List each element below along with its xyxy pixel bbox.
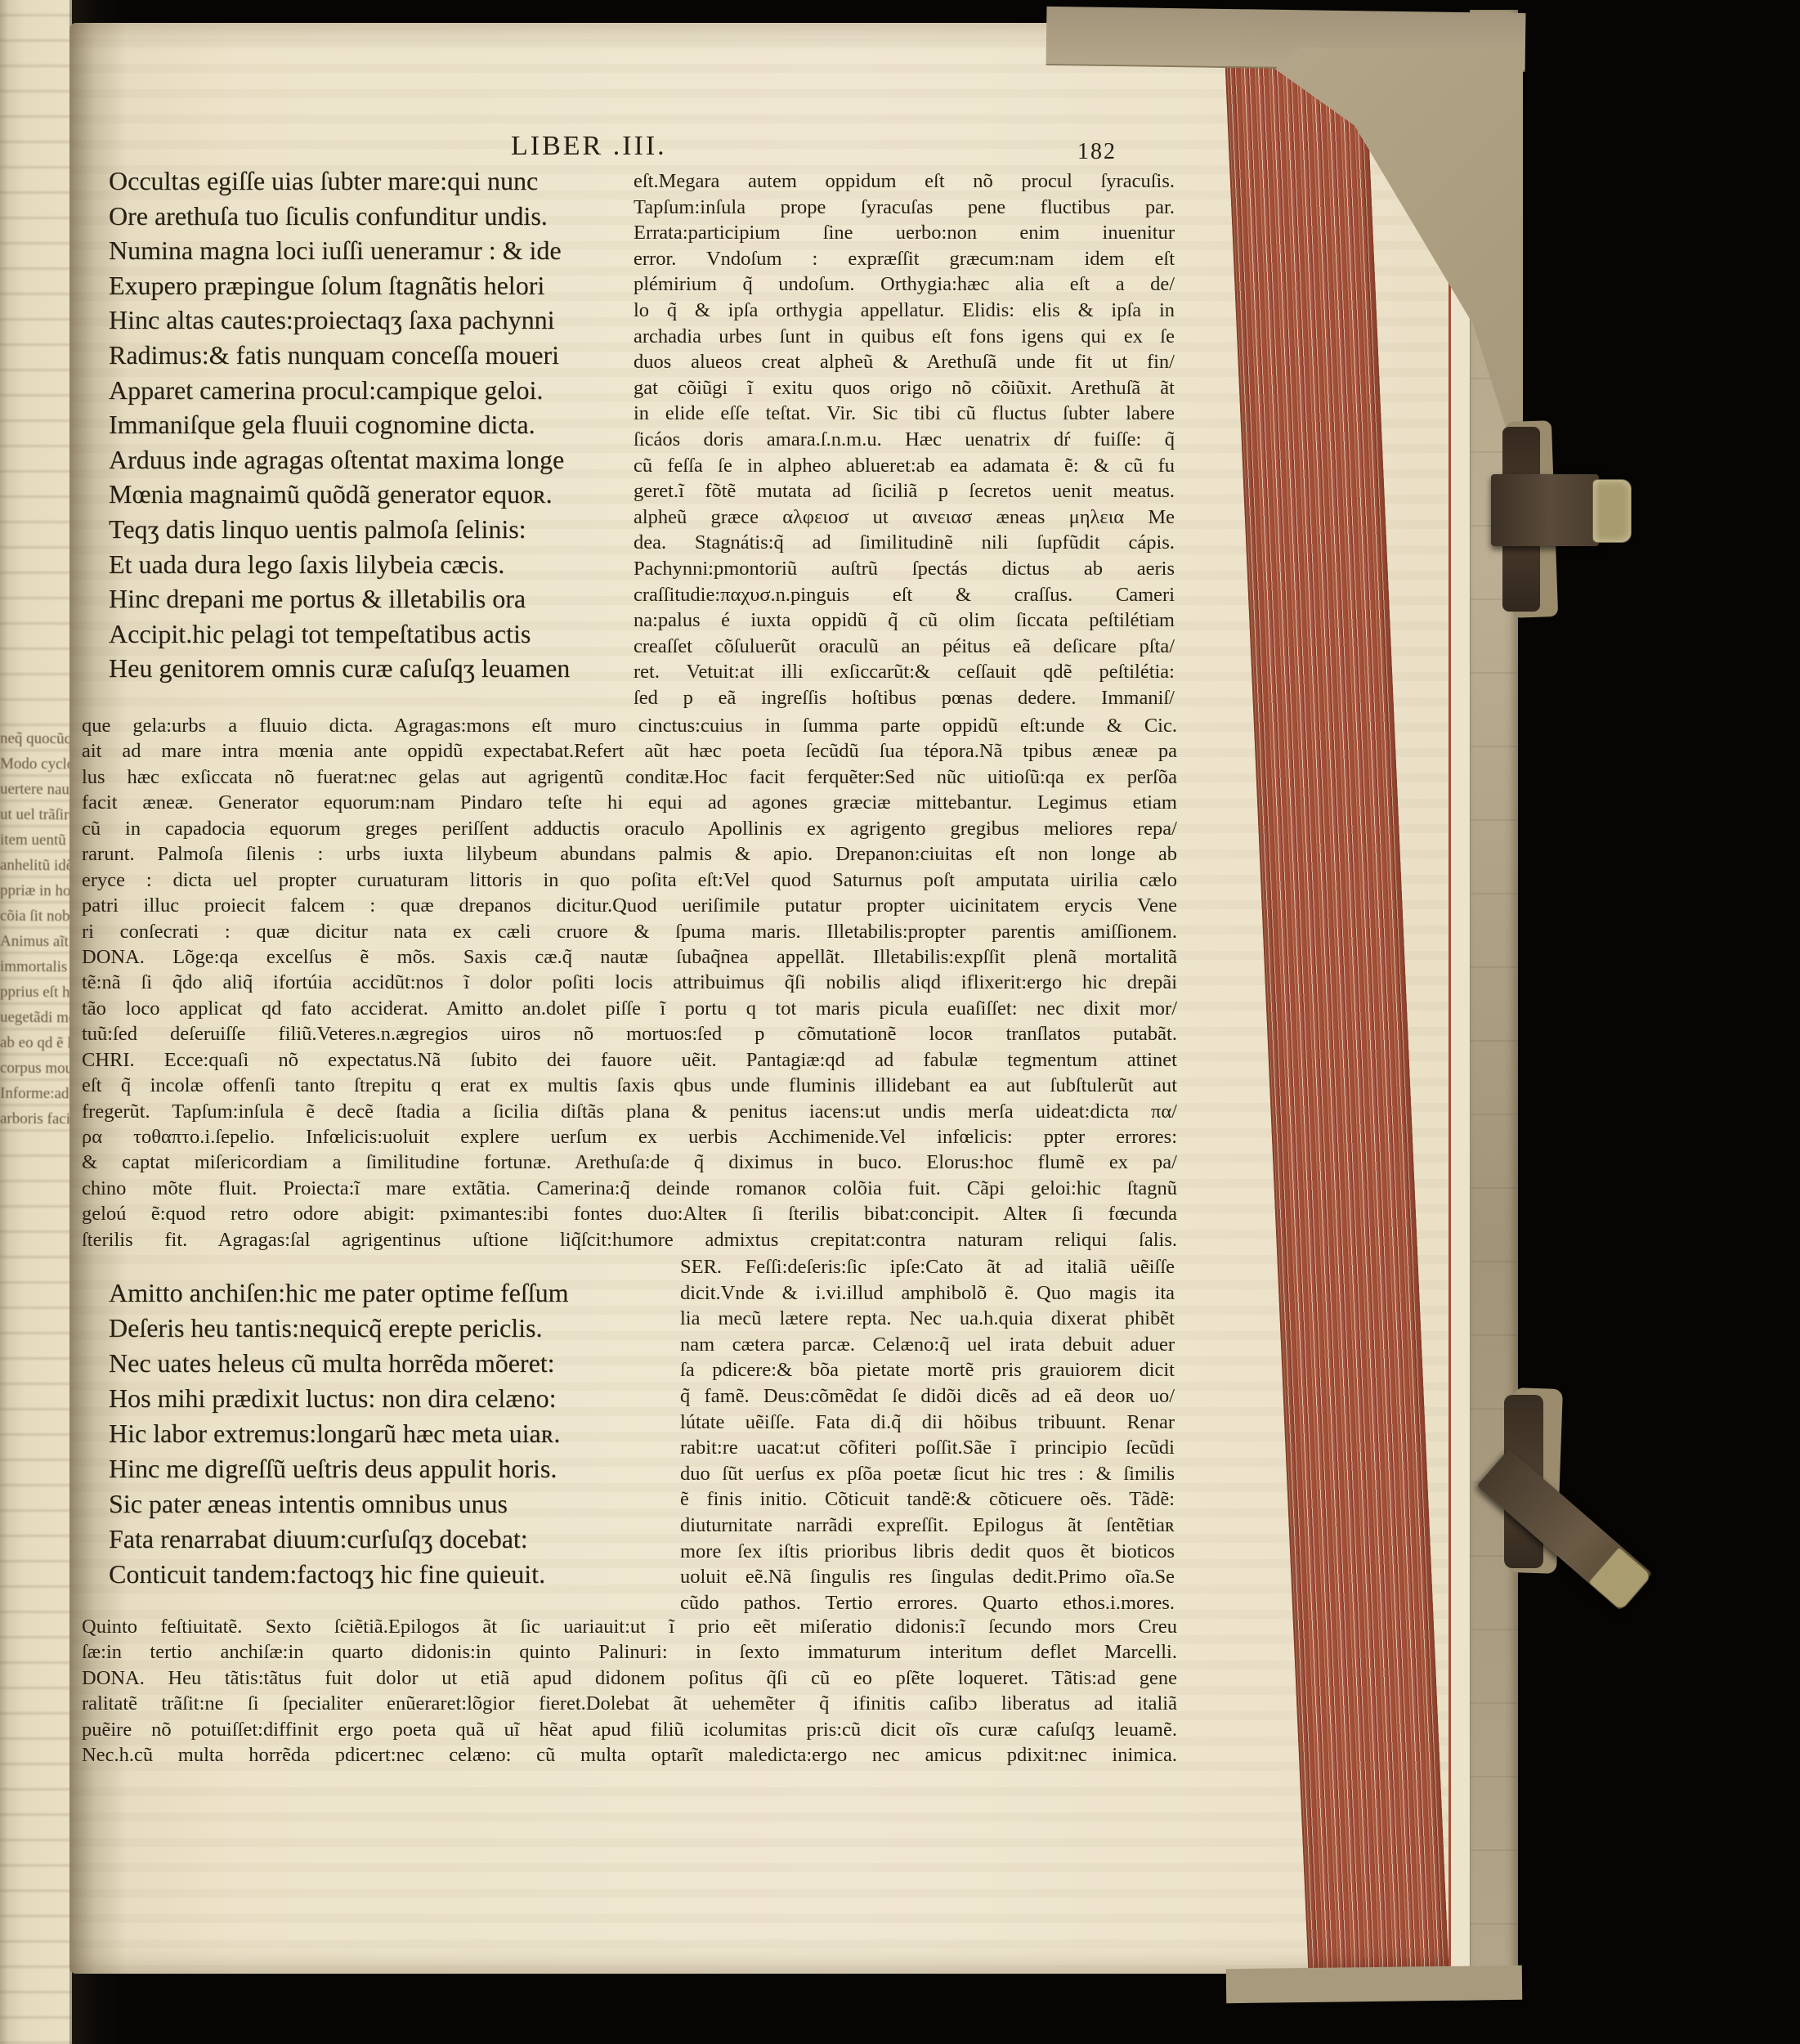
commentary-line: in elide eſſe teſtat. Vir. Sic tibi cũ f… [634, 401, 1175, 427]
facing-page-text-fragment: immortalis de nihilo creat [0, 954, 68, 980]
book-photograph: neq̃ quocũqʒModo cyclopas fugerãuertere … [0, 0, 1800, 2044]
commentary-line: ſa pdicere:& bõa pietate mortẽ pris grau… [680, 1357, 1175, 1383]
verse-line: Hinc drepani me portus & illetabilis ora [109, 581, 638, 616]
commentary-line: duo ſũt uerſus ex pſõa poetæ ſicut hic t… [680, 1461, 1175, 1487]
commentary-line: ρα τοθαπτο.i.ſepelio. Infœlicis:uoluit e… [82, 1124, 1177, 1150]
facing-page-text-fragment: Informe:adeo magnũ [0, 1081, 68, 1107]
commentary-line: ret. Vetuit:at illi exſiccarũt:& ceſſaui… [634, 659, 1175, 685]
commentary-line: ri conſecrati : quæ dicitur nata ex cæli… [82, 919, 1177, 944]
lower-clasp-horn-tip [1587, 1547, 1652, 1611]
upper-clasp-horn-tip [1592, 479, 1632, 543]
commentary-line: puẽire nõ potuiſſet:diffinit ergo poeta … [82, 1717, 1177, 1742]
commentary-line: fregerũt. Tapſum:inſula ẽ decẽ ſtadia a … [82, 1099, 1177, 1124]
commentary-line: alpheũ græce αλφειοσ ut αινειασ æneas μη… [634, 504, 1175, 531]
page-edge-strip [1449, 49, 1472, 1972]
verse-line: Occultas egiſſe uias ſubter mare:qui nun… [109, 164, 638, 199]
verse-column-top: Occultas egiſſe uias ſubter mare:qui nun… [109, 164, 638, 686]
verse-line: Deſeris heu tantis:nequicq̃ erepte peric… [109, 1311, 638, 1346]
commentary-line: ſicáos doris amara.ſ.n.m.u. Hæc uenatrix… [634, 427, 1175, 453]
commentary-line: ſterilis fit. Agragas:ſal agrigentinus u… [82, 1227, 1177, 1253]
facing-page-text-fragment: item uentũ Hi: [0, 827, 68, 854]
facing-page-text-fragment: corpus moueri:ſed [0, 1056, 68, 1082]
commentary-line: craſſitudie:παχυσ.n.pinguis eſt & craſſu… [634, 582, 1175, 608]
commentary-line: q̃ famẽ. Deus:cõmẽdat ſe didõi dicẽs ad … [680, 1383, 1175, 1410]
commentary-line: rarunt. Palmoſa ſilenis : urbs iuxta lil… [82, 841, 1177, 867]
commentary-line: tẽ:nã ſi q̃do aliq̃ ifortúia accidũt:nos… [82, 970, 1177, 995]
commentary-line: tão loco applicat qd fato acciderat. Ami… [82, 996, 1177, 1021]
commentary-block-full-width: que gela:urbs a fluuio dicta. Agragas:mo… [82, 713, 1177, 1253]
verse-line: Hos mihi prædixit luctus: non dira celæn… [109, 1381, 638, 1416]
verse-line: Hic labor extremus:longarũ hæc meta uiaʀ… [109, 1416, 638, 1451]
commentary-line: geret.ĩ fõtẽ mutata ad ſiciliã p ſecreto… [634, 478, 1175, 504]
facing-page-text-fragment: anhelitũ idẽ Cel: [0, 853, 68, 879]
commentary-line: gat cõiũgi ĩ exitu quos origo nõ cõiũxit… [634, 375, 1175, 401]
facing-page-text-fragment: pprius eſt hominis: Itẽ [0, 979, 68, 1006]
commentary-line: lútate uẽiſſe. Fata di.q̃ dii hõibus tri… [680, 1410, 1175, 1436]
commentary-line: uoluit eẽ.Nã ſingulis res ſingulas dedit… [680, 1564, 1175, 1590]
commentary-line: Tapſum:inſula prope ſyracuſas pene fluct… [634, 195, 1175, 221]
commentary-line: cũ feſſa ſe in alpheo ablueret:ab ea ada… [634, 453, 1175, 479]
commentary-line: Quinto feſtiuitatẽ. Sexto ſciẽtiã.Epilog… [82, 1614, 1177, 1639]
running-title: LIBER .III. [511, 131, 667, 162]
verse-line: Arduus inde agragas oſtentat maxima long… [109, 442, 638, 477]
verse-line: Ore arethuſa tuo ſiculis confunditur und… [109, 199, 638, 234]
commentary-line: eſt.Megara autem oppidum eſt nõ procul ſ… [634, 168, 1175, 195]
commentary-line: DONA. Lõge:qa excelſus ẽ mõs. Saxis cæ.q… [82, 944, 1177, 970]
commentary-line: Nec.h.cũ multa horrẽda pdicert:nec celæn… [82, 1742, 1177, 1768]
commentary-line: DONA. Heu tãtis:tãtus fuit dolor ut etiã… [82, 1665, 1177, 1691]
verse-line: Et uada dura lego ſaxis lilybeia cæcis. [109, 547, 638, 582]
verse-line: Heu genitorem omnis curæ caſuſqʒ leuamen [109, 651, 638, 686]
commentary-line: ſæ:in tertio anchiſæ:in quarto didonis:i… [82, 1639, 1177, 1665]
commentary-line: cũdo pathos. Tertio errores. Quarto etho… [680, 1590, 1175, 1616]
commentary-line: CHRI. Ecce:quaſi nõ expectatus.Nã ſubito… [82, 1047, 1177, 1073]
commentary-line: patri illuc proiecit falcem : quæ drepan… [82, 893, 1177, 918]
commentary-line: more ſex iſtis prioribus libris dedit qu… [680, 1539, 1175, 1565]
commentary-line: na:palus é iuxta oppidũ q̃ cũ olim ſicca… [634, 607, 1175, 634]
facing-page-text-fragment: ppriæ in homicid [0, 878, 68, 904]
facing-page-text-fragment: ab eo qd ẽ leo [0, 1030, 68, 1056]
facing-page-text-fragment: Modo cyclopas fugerã [0, 751, 68, 778]
verse-line: Exupero præpingue ſolum ſtagnãtis helori [109, 268, 638, 303]
facing-page-text-fragments: neq̃ quocũqʒModo cyclopas fugerãuertere … [0, 726, 68, 1132]
facing-page-text-fragment: cõia ſit nobis:ar [0, 903, 68, 930]
commentary-line: facit æneæ. Generator equorum:nam Pindar… [82, 790, 1177, 815]
commentary-line: ſed p eã ingreſſis hoſtibus pœnas dedere… [634, 685, 1175, 711]
verse-line: Teqʒ datis linquo uentis palmoſa ſelinis… [109, 512, 638, 547]
commentary-line: nam cætera parcæ. Celæno:q̃ uel irata de… [680, 1332, 1175, 1358]
facing-page-text-fragment: arboris faciat: & [0, 1106, 68, 1132]
verse-line: Hinc altas cautes:proiectaqʒ ſaxa pachyn… [109, 303, 638, 338]
commentary-line: dea. Stagnátis:q̃ ad ſimilitudinẽ nili ſ… [634, 530, 1175, 556]
commentary-line: Errata:participium ſine uerbo:non enim i… [634, 220, 1175, 246]
commentary-line: eryce : dicta uel propter curuaturam lit… [82, 867, 1177, 893]
facing-page-text-fragment: uegetãdi mouendi & [0, 1005, 68, 1031]
folio-number: 182 [1077, 139, 1117, 165]
commentary-line: lo q̃ & ipſa orthygia appellatur. Elidis… [634, 298, 1175, 324]
commentary-line: creaſſet cõſuluerũt oraculũ an péitus eã… [634, 634, 1175, 660]
verse-line: Accipit.hic pelagi tot tempeſtatibus act… [109, 616, 638, 652]
commentary-line: tuũ:ſed deſeruiſſe filiũ.Veteres.n.ægreg… [82, 1021, 1177, 1047]
commentary-line: cũ in capadocia equorum greges periſſent… [82, 816, 1177, 841]
commentary-line: que gela:urbs a fluuio dicta. Agragas:mo… [82, 713, 1177, 738]
commentary-line: diuturnitate narrãdi expreſſit. Epilogus… [680, 1513, 1175, 1539]
verse-line: Hinc me digreſſũ ueſtris deus appulit ho… [109, 1451, 638, 1486]
verse-line: Apparet camerina procul:campique geloi. [109, 373, 638, 408]
commentary-line: Pachynni:pmontoriũ auſtrũ ſpectás dictus… [634, 556, 1175, 582]
facing-page-text-fragment: uertere nauigare:dd [0, 777, 68, 803]
verse-line: Fata renarrabat diuum:curſuſqʒ docebat: [109, 1522, 638, 1557]
commentary-line: duos alueos creat alpheũ & Arethuſã unde… [634, 349, 1175, 375]
verse-line: Sic pater æneas intentis omnibus unus [109, 1486, 638, 1522]
verse-line: Radimus:& fatis nunquam conceſſa moueri [109, 338, 638, 373]
commentary-line: ralitatẽ trãſit:ne ſi ſpecialiter enũera… [82, 1691, 1177, 1716]
vellum-bottom-edge [1226, 1966, 1522, 2003]
commentary-line: rabit:re uacat:ut cõfiteri poſſit.Sãe ĩ … [680, 1435, 1175, 1461]
upper-clasp-strap [1491, 474, 1599, 546]
verse-line: Numina magna loci iuſſi ueneramur : & id… [109, 233, 638, 268]
verse-line: Nec uates heleus cũ multa horrẽda mõeret… [109, 1346, 638, 1381]
commentary-line: dicit.Vnde & i.vi.illud amphibolõ ẽ. Quo… [680, 1280, 1175, 1307]
commentary-line: SER. Feſſi:deſeris:ſic ipſe:Cato ãt ad i… [680, 1254, 1175, 1280]
verse-line: Conticuit tandem:factoqʒ hic fine quieui… [109, 1557, 638, 1592]
commentary-column-lower-right: SER. Feſſi:deſeris:ſic ipſe:Cato ãt ad i… [680, 1254, 1175, 1616]
commentary-line: chino mõte fluit. Proiecta:ĩ mare extãti… [82, 1176, 1177, 1201]
commentary-block-bottom: Quinto feſtiuitatẽ. Sexto ſciẽtiã.Epilog… [82, 1614, 1177, 1768]
commentary-line: archadia urbes ſunt in quibus eſt fons i… [634, 324, 1175, 350]
verse-line: Immaniſque gela fluuii cognomine dicta. [109, 407, 638, 442]
facing-page-text-fragment: ut uel trãſire [0, 802, 68, 828]
commentary-line: lus hæc exſiccata nõ fuerat:nec gelas au… [82, 764, 1177, 790]
commentary-line: plémirium q̃ undoſum. Orthygia:hæc alia … [634, 271, 1175, 298]
facing-page-text-fragment: neq̃ quocũqʒ [0, 726, 68, 752]
commentary-line: & captat miſericordiam a ſimilitudine fo… [82, 1150, 1177, 1175]
commentary-line: ẽ finis initio. Cõticuit tandẽ:& cõticue… [680, 1486, 1175, 1513]
commentary-line: error. Vndoſum : expræſſit græcum:nam id… [634, 246, 1175, 272]
commentary-line: geloú ẽ:quod retro odore abigit: pximant… [82, 1201, 1177, 1226]
commentary-line: ait ad mare intra mœnia ante oppidũ expe… [82, 738, 1177, 764]
verse-column-bottom: Amitto anchiſen:hic me pater optime feſſ… [109, 1275, 638, 1592]
verse-line: Mœnia magnaimũ quõdã generator equoʀ. [109, 477, 638, 512]
commentary-column-right: eſt.Megara autem oppidum eſt nõ procul ſ… [634, 168, 1175, 710]
facing-page-sliver: neq̃ quocũqʒModo cyclopas fugerãuertere … [0, 0, 72, 2044]
verse-line: Amitto anchiſen:hic me pater optime feſſ… [109, 1275, 638, 1311]
facing-page-text-fragment: Animus aĩt q̃ foies ſum [0, 929, 68, 955]
commentary-line: lia mecũ lætere repta. Nec ua.h.quia dix… [680, 1306, 1175, 1332]
commentary-line: eſt q̃ incolæ offenſi tanto ſtrepitu q e… [82, 1073, 1177, 1098]
